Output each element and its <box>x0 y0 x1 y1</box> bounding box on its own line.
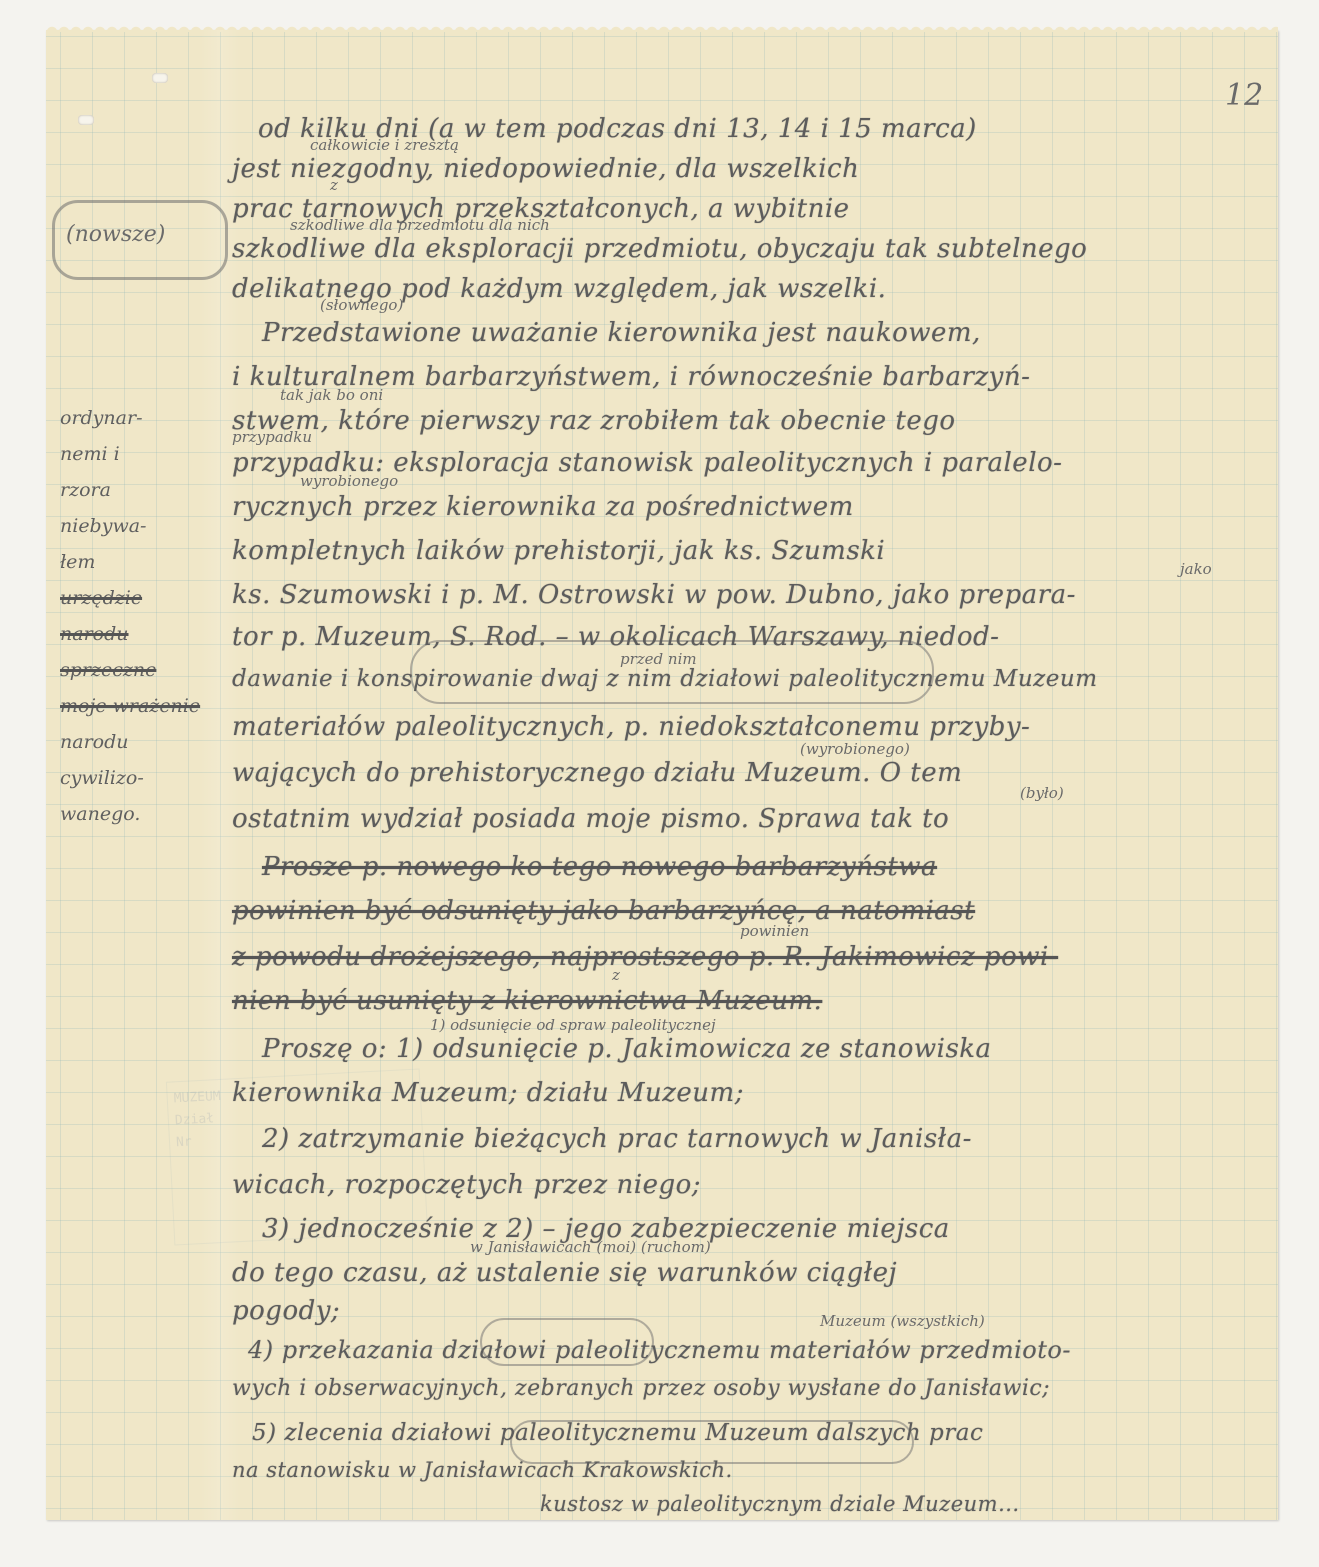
interlinear-insert: wyrobionego <box>300 472 398 490</box>
text-line: ks. Szumowski i p. M. Ostrowski w pow. D… <box>232 580 1076 610</box>
margin-note-line: rzora <box>60 472 220 508</box>
interlinear-insert: przypadku <box>232 428 312 446</box>
interlinear-insert: z <box>330 176 338 194</box>
text-line: na stanowisku w Janisławicach Krakowskic… <box>232 1458 733 1482</box>
margin-note-line: wanego. <box>60 796 220 832</box>
margin-note-line: łem <box>60 544 220 580</box>
text-line: szkodliwe dla eksploracji przedmiotu, ob… <box>232 234 1087 264</box>
text-line: materiałów paleolitycznych, p. niedokszt… <box>232 712 1030 742</box>
text-line: 4) przekazania działowi paleolitycznemu … <box>248 1336 1071 1364</box>
margin-note-struck-line: urzędzie <box>60 580 220 616</box>
struck-text-line: powinien być odsunięty jako barbarzyńcę,… <box>232 896 975 926</box>
text-line: wych i obserwacyjnych, zebranych przez o… <box>232 1376 1050 1401</box>
margin-note-line: ordynar- <box>60 400 220 436</box>
text-line: tor p. Muzeum, S. Rod. – w okolicach War… <box>232 622 999 652</box>
text-line: rycznych przez kierownika za pośrednictw… <box>232 492 854 522</box>
interlinear-insert: szkodliwe dla przedmiotu dla nich <box>290 216 550 234</box>
interlinear-insert: (wyrobionego) <box>800 740 910 758</box>
margin-note-line: narodu <box>60 724 220 760</box>
text-line: Proszę o: 1) odsunięcie p. Jakimowicza z… <box>262 1034 992 1064</box>
punch-hole <box>152 73 168 83</box>
punch-hole <box>78 115 94 125</box>
interlinear-insert: 1) odsunięcie od spraw paleolitycznej <box>430 1016 716 1034</box>
margin-note-line: niebywa- <box>60 508 220 544</box>
page-number: 12 <box>1225 78 1263 113</box>
interlinear-insert: (słownego) <box>320 296 403 314</box>
text-line: kompletnych laików prehistorji, jak ks. … <box>232 536 885 566</box>
signature-line: kustosz w paleolitycznym dziale Muzeum..… <box>540 1492 1020 1516</box>
struck-text-line: z powodu drożejszego, najprostszego p. R… <box>232 942 1058 972</box>
margin-note: ordynar- nemi i rzora niebywa- łem urzęd… <box>60 400 220 832</box>
text-line: do tego czasu, aż ustalenie się warunków… <box>232 1258 897 1288</box>
text-line: 5) zlecenia działowi paleolitycznemu Muz… <box>252 1420 983 1446</box>
margin-label: (nowsze) <box>66 222 165 247</box>
text-line: 2) zatrzymanie bieżących prac tarnowych … <box>262 1124 972 1154</box>
struck-text-line: nien być usunięty z kierownictwa Muzeum. <box>232 986 822 1016</box>
margin-note-struck-line: moje wrażenie <box>60 688 220 724</box>
text-line: ostatnim wydział posiada moje pismo. Spr… <box>232 804 949 834</box>
text-line: jest niezgodny, niedopowiednie, dla wsze… <box>232 154 859 184</box>
text-line: pogody; <box>232 1296 340 1326</box>
text-line: wających do prehistorycznego działu Muze… <box>232 758 962 788</box>
margin-note-struck-line: narodu <box>60 616 220 652</box>
margin-note-line: nemi i <box>60 436 220 472</box>
interlinear-insert: jako <box>1180 560 1212 578</box>
text-line: dawanie i konspirowanie dwaj z nim dział… <box>232 666 1098 692</box>
struck-text-line: Prosze p. nowego ko tego nowego barbarzy… <box>262 852 937 882</box>
interlinear-insert: powinien <box>740 922 809 940</box>
interlinear-insert: z <box>612 966 620 984</box>
margin-note-struck-line: sprzeczne <box>60 652 220 688</box>
text-line: Przedstawione uważanie kierownika jest n… <box>262 318 981 348</box>
interlinear-insert: tak jak bo oni <box>280 386 383 404</box>
interlinear-insert: całkowicie i zresztą <box>310 136 459 154</box>
text-line: stwem, które pierwszy raz zrobiłem tak o… <box>232 406 956 436</box>
text-line: wicach, rozpoczętych przez niego; <box>232 1170 701 1200</box>
margin-note-line: cywilizo- <box>60 760 220 796</box>
interlinear-insert: Muzeum (wszystkich) <box>820 1312 985 1330</box>
text-line: kierownika Muzeum; działu Muzeum; <box>232 1078 744 1108</box>
interlinear-insert: (było) <box>1020 784 1064 802</box>
interlinear-insert: w Janisławicach (moi) (ruchom) <box>470 1238 711 1256</box>
